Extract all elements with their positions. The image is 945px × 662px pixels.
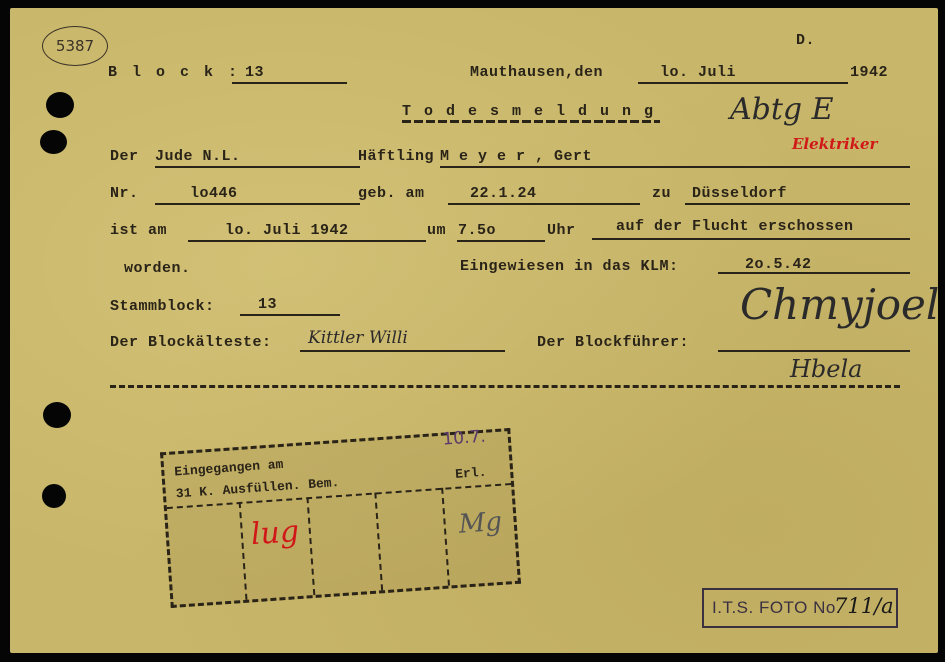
underline	[232, 82, 347, 84]
red-occupation-annotation: Elektriker	[792, 135, 877, 153]
corner-mark: D.	[796, 32, 815, 49]
page-title: T o d e s m e l d u n g	[402, 103, 655, 120]
underline	[638, 82, 848, 84]
label-haeftling: Häftling	[358, 148, 434, 165]
label-zu: zu	[652, 185, 671, 202]
underline	[155, 166, 360, 168]
year-value: 1942	[850, 64, 888, 81]
underline	[155, 203, 360, 205]
cause-of-death: auf der Flucht erschossen	[616, 218, 854, 235]
underline	[718, 350, 910, 352]
punch-hole	[40, 130, 67, 154]
stamp-divider	[306, 497, 315, 595]
stamp-handwritten-number: 10.7.	[442, 427, 487, 450]
underline	[440, 166, 910, 168]
date-value: lo. Juli	[660, 64, 736, 81]
underline	[685, 203, 910, 205]
label-der: Der	[110, 148, 139, 165]
label-uhr: Uhr	[547, 222, 576, 239]
birth-place: Düsseldorf	[692, 185, 787, 202]
blockaelteste-signature: Kittler Willi	[308, 328, 408, 348]
punch-hole	[46, 92, 74, 118]
underline	[457, 240, 545, 242]
place-date-label: Mauthausen,den	[470, 64, 603, 81]
stamp-divider	[441, 488, 450, 586]
handwritten-department-note: Abtg E	[730, 92, 834, 127]
prisoner-category: Jude N.L.	[155, 148, 241, 165]
label-eingewiesen: Eingewiesen in das KLM:	[460, 258, 679, 275]
stammblock-value: 13	[258, 296, 277, 313]
red-initials: lug	[250, 514, 300, 552]
stamp-received-label: Eingegangen am	[174, 457, 284, 480]
underline	[188, 240, 426, 242]
archive-number: 5387	[43, 27, 107, 65]
label-stammblock: Stammblock:	[110, 298, 215, 315]
underline	[300, 350, 505, 352]
label-worden: worden.	[124, 260, 191, 277]
death-date: lo. Juli 1942	[225, 222, 349, 239]
label-geb-am: geb. am	[358, 185, 425, 202]
its-foto-label: I.T.S. FOTO No.	[712, 598, 841, 618]
label-nr: Nr.	[110, 185, 139, 202]
underline	[448, 203, 640, 205]
dashed-separator	[110, 385, 900, 388]
stamp-erl-label: Erl.	[455, 465, 487, 482]
archive-number-circle: 5387	[42, 26, 108, 66]
its-foto-number: 711/a	[834, 594, 894, 618]
stamp-divider	[374, 492, 383, 590]
birth-date: 22.1.24	[470, 185, 537, 202]
underline	[718, 272, 910, 274]
prisoner-name: M e y e r , Gert	[440, 148, 592, 165]
receipt-stamp: Eingegangen am 31 K. Ausfüllen. Bem. 10.…	[160, 428, 521, 608]
block-label: B l o c k :	[108, 64, 240, 81]
underline	[240, 314, 340, 316]
blockfuehrer-countersignature: Hbela	[790, 355, 862, 383]
its-foto-stamp: I.T.S. FOTO No. 711/a	[702, 588, 898, 628]
label-um: um	[427, 222, 446, 239]
death-time: 7.5o	[458, 222, 496, 239]
title-underline	[402, 120, 660, 123]
admission-date: 2o.5.42	[745, 256, 812, 273]
blockfuehrer-signature: Chmyjoel	[740, 280, 939, 329]
punch-hole	[43, 402, 71, 428]
stamp-divider	[239, 502, 248, 600]
block-value: 13	[245, 64, 264, 81]
punch-hole	[42, 484, 66, 508]
label-blockaelteste: Der Blockälteste:	[110, 334, 272, 351]
underline	[592, 238, 910, 240]
prisoner-number: lo446	[190, 185, 238, 202]
label-ist-am: ist am	[110, 222, 167, 239]
black-initials: Mg	[458, 507, 503, 540]
label-blockfuehrer: Der Blockführer:	[537, 334, 689, 351]
